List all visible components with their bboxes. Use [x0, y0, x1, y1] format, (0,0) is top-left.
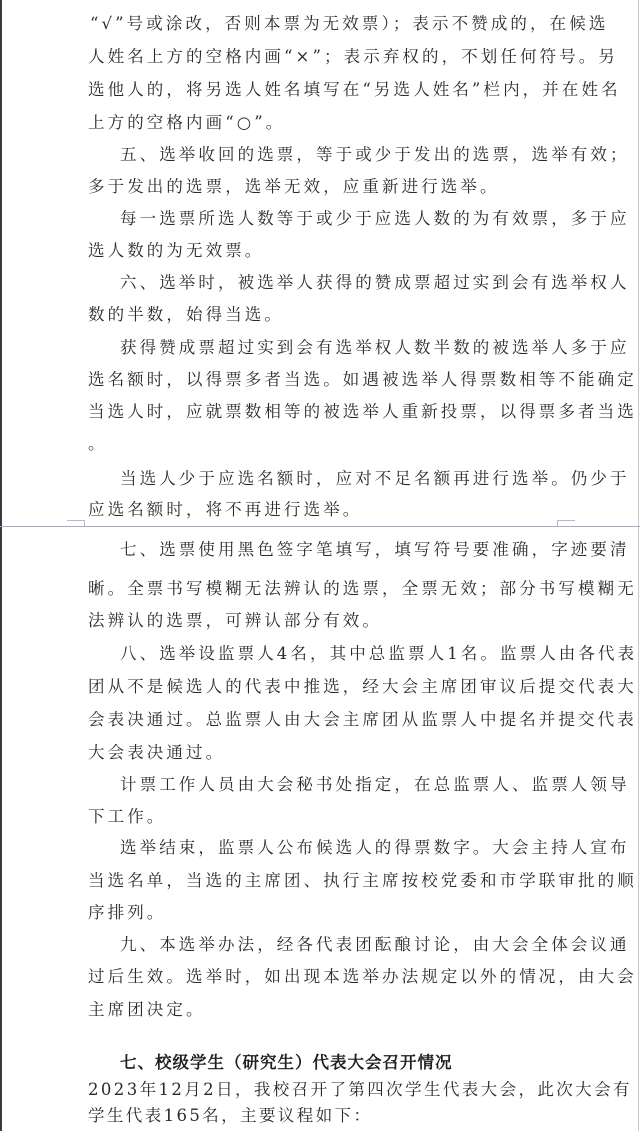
text-line: 计票工作人员由大会秘书处指定，在总监票人、监票人领导 [120, 775, 630, 795]
text-line: 选他人的，将另选人姓名填写在“另选人姓名”栏内，并在姓名 [88, 80, 621, 100]
text-line: 下工作。 [88, 807, 166, 827]
text-line: 。 [88, 434, 108, 454]
window-left-edge [0, 0, 2, 1131]
page-right-edge [638, 0, 639, 1131]
text-line: 九、本选举办法，经各代表团酝酿讨论，由大会全体会议通 [120, 935, 630, 955]
text-line: 当选名单，当选的主席团、执行主席按校党委和市学联审批的顺 [88, 871, 637, 891]
text-line: 上方的空格内画“○”。 [88, 113, 285, 133]
text-line: 多于发出的选票，选举无效，应重新进行选举。 [88, 177, 500, 197]
text-line: 晰。全票书写模糊无法辨认的选票，全票无效；部分书写模糊无 [88, 579, 637, 599]
text-line: 获得赞成票超过实到会有选举权人数半数的被选举人多于应 [120, 338, 630, 358]
text-line: 过后生效。选举时，如出现本选举办法规定以外的情况，由大会 [88, 967, 637, 987]
text-line: 当选人时，应就票数相等的被选举人重新投票，以得票多者当选 [88, 402, 637, 422]
text-line: 每一选票所选人数等于或少于应选人数的为有效票，多于应 [120, 209, 630, 229]
text-line: 序排列。 [88, 903, 166, 923]
text-line: 2023年12月2日，我校召开了第四次学生代表大会，此次大会有 [88, 1080, 632, 1100]
text-line: 主席团决定。 [88, 1000, 206, 1020]
text-line: 选名额时，以得票多者当选。如遇被选举人得票数相等不能确定 [88, 370, 637, 390]
section-heading: 七、校级学生（研究生）代表大会召开情况 [120, 1053, 453, 1073]
page-break-divider [0, 526, 640, 527]
text-line: 六、选举时，被选举人获得的赞成票超过实到会有选举权人 [120, 273, 630, 293]
text-line: 法辨认的选票，可辨认部分有效。 [88, 611, 382, 631]
text-line: 选举结束，监票人公布候选人的得票数字。大会主持人宣布 [120, 838, 630, 858]
text-line: 数的半数，始得当选。 [88, 305, 284, 325]
text-line: 团从不是候选人的代表中推选，经大会主席团审议后提交代表大 [88, 677, 637, 697]
text-line: 会表决通过。总监票人由大会主席团从监票人中提名并提交代表 [88, 710, 637, 730]
text-line: 大会表决通过。 [88, 743, 225, 763]
text-line: 应选名额时，将不再进行选举。 [88, 500, 362, 520]
text-line: 五、选举收回的选票，等于或少于发出的选票，选举有效； [120, 145, 630, 165]
text-line: “√”号或涂改，否则本票为无效票）；表示不赞成的，在候选 [90, 14, 608, 34]
text-line: 人姓名上方的空格内画“×”；表示弃权的，不划任何符号。另 [88, 47, 618, 67]
text-line: 选人数的为无效票。 [88, 241, 264, 261]
text-line: 七、选票使用黑色签字笔填写，填写符号要准确，字迹要清 [120, 540, 630, 560]
text-line: 学生代表165名，主要议程如下： [88, 1106, 372, 1126]
text-line: 当选人少于应选名额时，应对不足名额再进行选举。仍少于 [120, 469, 630, 489]
text-line: 八、选举设监票人4名，其中总监票人1名。监票人由各代表 [120, 644, 637, 664]
